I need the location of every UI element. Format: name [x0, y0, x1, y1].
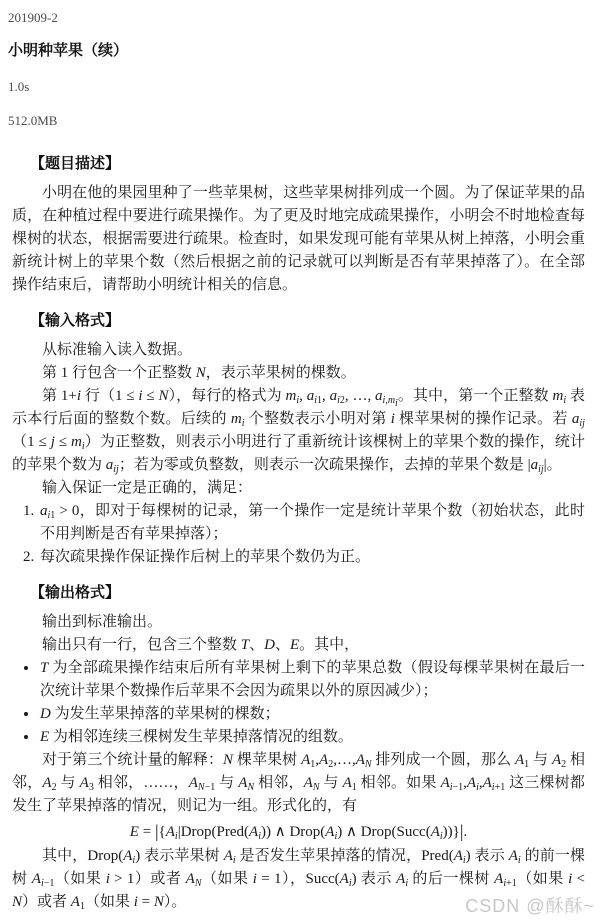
description-heading: 【题目描述】	[30, 154, 585, 174]
problem-title: 小明种苹果（续）	[8, 42, 601, 60]
formula-E: E = |{Ai|Drop(Pred(Ai)) ∧ Drop(Ai) ∧ Dro…	[12, 818, 585, 845]
output-values-list: T 为全部疏果操作结束后所有苹果树上剩下的苹果总数（假设每棵苹果树在最后一次统计…	[12, 657, 585, 749]
output-paragraph-2: 输出只有一行，包含三个整数 T、D、E。其中，	[12, 634, 585, 657]
output-format-heading: 【输出格式】	[30, 583, 585, 603]
input-paragraph-3: 第 1+i 行（1 ≤ i ≤ N），每行的格式为 mi, ai1, ai2, …	[12, 385, 585, 477]
input-constraint-2: 每次疏果操作保证操作后树上的苹果个数仍为正。	[38, 546, 585, 569]
output-paragraph-3: 对于第三个统计量的解释：N 棵苹果树 A1,A2,…,AN 排列成一个圆，那么 …	[12, 749, 585, 818]
time-limit: 1.0s	[8, 79, 601, 94]
input-paragraph-1: 从标准输入读入数据。	[12, 339, 585, 362]
output-value-E: E 为相邻连续三棵树发生苹果掉落情况的组数。	[39, 726, 585, 749]
input-constraints-list: ai1 > 0，即对于每棵树的记录，第一个操作一定是统计苹果个数（初始状态，此时…	[12, 500, 585, 569]
csdn-watermark: CSDN @酥酥~	[465, 892, 595, 918]
description-paragraph: 小明在他的果园里种了一些苹果树，这些苹果树排列成一个圆。为了保证苹果的品质，在种…	[12, 182, 585, 297]
section-input-format: 【输入格式】 从标准输入读入数据。 第 1 行包含一个正整数 N，表示苹果树的棵…	[12, 311, 585, 569]
input-format-heading: 【输入格式】	[30, 311, 585, 331]
input-constraint-1: ai1 > 0，即对于每棵树的记录，第一个操作一定是统计苹果个数（初始状态，此时…	[38, 500, 585, 546]
problem-content: 【题目描述】 小明在他的果园里种了一些苹果树，这些苹果树排列成一个圆。为了保证苹…	[12, 154, 585, 914]
input-paragraph-4: 输入保证一定是正确的，满足：	[12, 477, 585, 500]
section-description: 【题目描述】 小明在他的果园里种了一些苹果树，这些苹果树排列成一个圆。为了保证苹…	[12, 154, 585, 297]
problem-id: 201909-2	[8, 10, 601, 25]
output-paragraph-1: 输出到标准输出。	[12, 611, 585, 634]
output-value-T: T 为全部疏果操作结束后所有苹果树上剩下的苹果总数（假设每棵苹果树在最后一次统计…	[39, 657, 585, 703]
memory-limit: 512.0MB	[8, 113, 601, 128]
output-value-D: D 为发生苹果掉落的苹果树的棵数；	[39, 703, 585, 726]
problem-meta: 201909-2 小明种苹果（续） 1.0s 512.0MB	[0, 0, 601, 128]
input-paragraph-2: 第 1 行包含一个正整数 N，表示苹果树的棵数。	[12, 362, 585, 385]
problem-statement-page: 201909-2 小明种苹果（续） 1.0s 512.0MB 【题目描述】 小明…	[0, 0, 601, 922]
section-output-format: 【输出格式】 输出到标准输出。 输出只有一行，包含三个整数 T、D、E。其中， …	[12, 583, 585, 914]
